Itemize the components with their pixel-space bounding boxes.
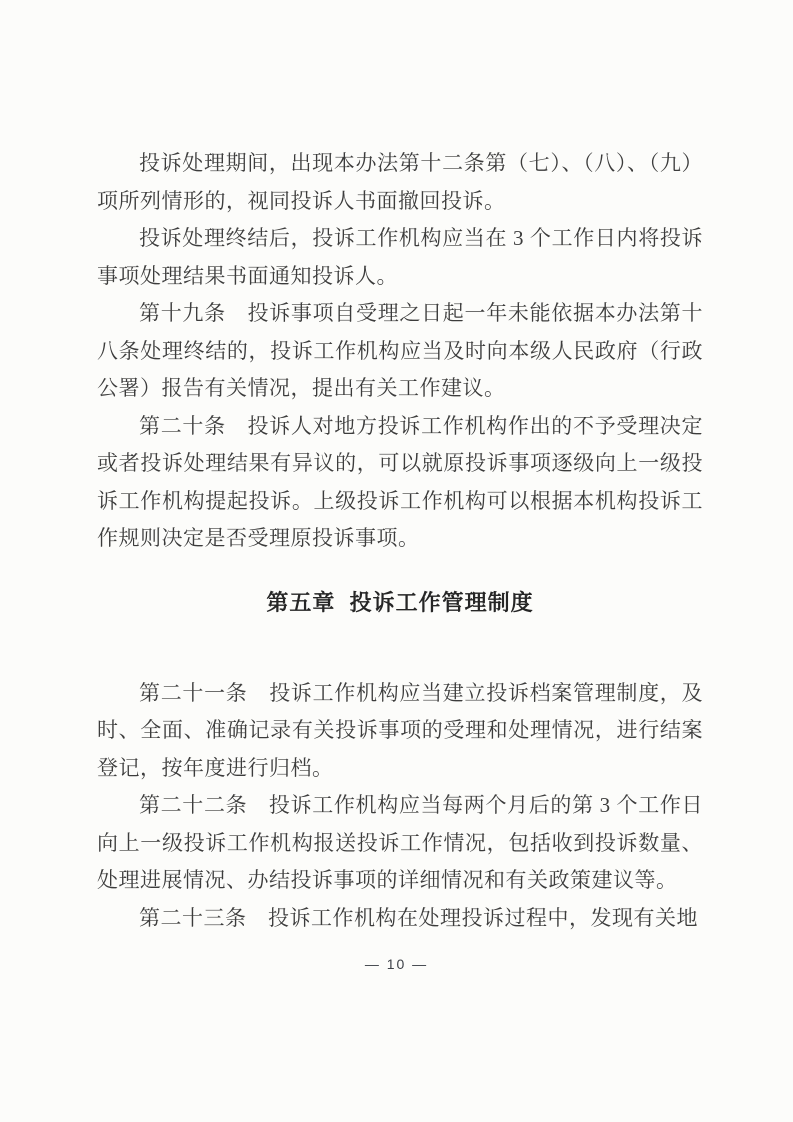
paragraph-article-20: 第二十条 投诉人对地方投诉工作机构作出的不予受理决定或者投诉处理结果有异议的，可… (97, 408, 703, 558)
paragraph-article-22: 第二十二条 投诉工作机构应当每两个月后的第 3 个工作日向上一级投诉工作机构报送… (97, 787, 703, 900)
paragraph-notify-result: 投诉处理终结后，投诉工作机构应当在 3 个工作日内将投诉事项处理结果书面通知投诉… (97, 220, 703, 295)
paragraph-article-19: 第十九条 投诉事项自受理之日起一年未能依据本办法第十八条处理终结的，投诉工作机构… (97, 295, 703, 408)
page-number: — 10 — (0, 956, 793, 972)
document-page: 投诉处理期间，出现本办法第十二条第（七）、（八）、（九）项所列情形的，视同投诉人… (0, 0, 793, 1122)
paragraph-withdraw-complaint: 投诉处理期间，出现本办法第十二条第（七）、（八）、（九）项所列情形的，视同投诉人… (97, 145, 703, 220)
chapter-heading: 第五章 投诉工作管理制度 (97, 583, 703, 623)
paragraph-article-21: 第二十一条 投诉工作机构应当建立投诉档案管理制度，及时、全面、准确记录有关投诉事… (97, 675, 703, 788)
document-body: 投诉处理期间，出现本办法第十二条第（七）、（八）、（九）项所列情形的，视同投诉人… (97, 145, 703, 937)
paragraph-article-23: 第二十三条 投诉工作机构在处理投诉过程中，发现有关地 (97, 900, 703, 938)
